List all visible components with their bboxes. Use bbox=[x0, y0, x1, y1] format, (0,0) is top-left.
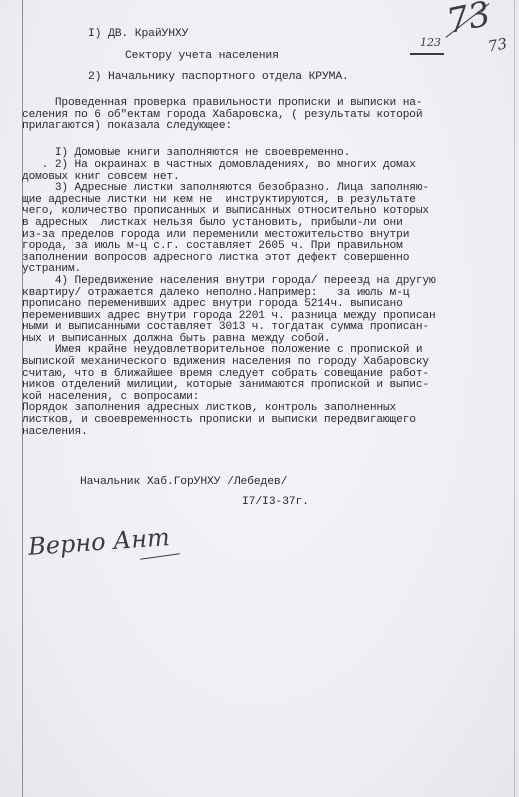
body-line: в адресных листках нельзя было установит… bbox=[22, 218, 436, 230]
document-page: 73 73 123 I) ДВ. КрайУНХУ Сектору учета … bbox=[0, 0, 519, 797]
body-line: прописано переменивших адрес внутри горо… bbox=[22, 299, 436, 311]
addressee-1-sector: Сектору учета населения bbox=[125, 51, 279, 63]
body-line: 3) Адресные листки заполняются безобразн… bbox=[22, 183, 436, 195]
body-line: города, за июль м-ц с.г. составляет 2605… bbox=[22, 241, 436, 253]
archive-number-small: 73 bbox=[487, 34, 509, 55]
crossed-number-annotation: 123 bbox=[420, 36, 441, 49]
body-line: заполнении вопросов адресного листка это… bbox=[22, 253, 436, 265]
crossed-number-strike bbox=[410, 53, 444, 55]
body-line: листков, и своевременность прописки и вы… bbox=[22, 415, 436, 427]
certification-underline bbox=[140, 553, 180, 560]
body-line: Проведенная проверка правильности пропис… bbox=[22, 98, 436, 110]
report-body: Проведенная проверка правильности пропис… bbox=[22, 98, 436, 438]
signatory-title: Начальник Хаб.ГорУНХУ /Лебедев/ bbox=[80, 477, 287, 489]
body-line: выпиской механического вдижения населени… bbox=[22, 357, 436, 369]
body-line: 4) Передвижение населения внутри города/… bbox=[22, 276, 436, 288]
addressee-2: 2) Начальнику паспортного отдела КРУМА. bbox=[88, 72, 349, 84]
body-line bbox=[22, 133, 436, 145]
addressee-1: I) ДВ. КрайУНХУ bbox=[88, 29, 188, 41]
document-date: I7/I3-37г. bbox=[242, 497, 309, 509]
body-line: населения. bbox=[22, 427, 436, 439]
certification-signature: Верно Ант bbox=[27, 523, 170, 561]
body-line: прилагаются) показала следующее: bbox=[22, 121, 436, 133]
body-line: . 2) На окраинах в частных домовладениях… bbox=[22, 160, 436, 172]
page-edge bbox=[514, 0, 515, 797]
